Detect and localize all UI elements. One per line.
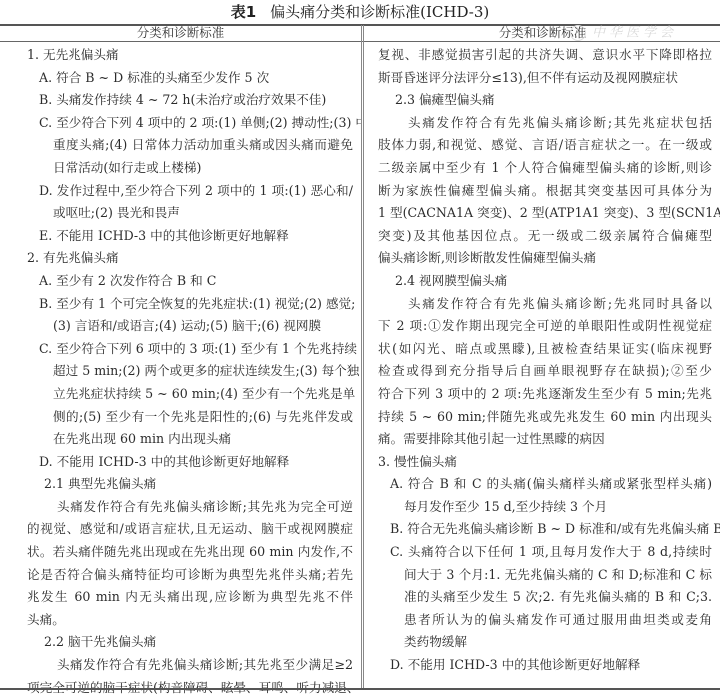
subsection-heading: 2.3 偏瘫型偏头痛 bbox=[365, 89, 720, 112]
paragraph-line: 论是否符合偏头痛特征均可诊断为典型先兆伴头痛;若先 bbox=[0, 564, 361, 587]
table-title: 偏头痛分类和诊断标准(ICHD-3) bbox=[270, 3, 489, 21]
criterion-continuation: 患者所认为的偏头痛发作可通过服用曲坦类或麦角 bbox=[365, 609, 720, 632]
watermark-text: 中华医学会 bbox=[592, 26, 677, 41]
criterion-item: B. 至少有 1 个可完全恢复的先兆症状:(1) 视觉;(2) 感觉; bbox=[0, 293, 361, 316]
table-caption: 表1偏头痛分类和诊断标准(ICHD-3) bbox=[0, 2, 720, 22]
paragraph-line: 符合下列 3 项中的 2 项:先兆逐渐发生至少有 5 min;先兆 bbox=[365, 383, 720, 406]
paragraph-line: 项完全可逆的脑干症状(构音障碍、眩晕、耳鸣、听力减退、 bbox=[0, 677, 361, 695]
criterion-item: C. 至少符合下列 4 项中的 2 项:(1) 单侧;(2) 搏动性;(3) 中 bbox=[0, 112, 361, 135]
criterion-item: D. 发作过程中,至少符合下列 2 项中的 1 项:(1) 恶心和/ bbox=[0, 180, 361, 203]
subsection-heading: 2.1 典型先兆偏头痛 bbox=[0, 473, 361, 496]
criterion-continuation: 间大于 3 个月:1. 无先兆偏头痛的 C 和 D;标准和 C 标 bbox=[365, 564, 720, 587]
criterion-continuation: 或呕吐;(2) 畏光和畏声 bbox=[0, 202, 361, 225]
criterion-continuation: 日常活动(如行走或上楼梯) bbox=[0, 157, 361, 180]
criterion-item: A. 至少有 2 次发作符合 B 和 C bbox=[0, 270, 361, 293]
paragraph-line: 头痛发作符合有先兆偏头痛诊断;其先兆症状包括 bbox=[365, 112, 720, 135]
paragraph-line: 下 2 项:①发作期出现完全可逆的单眼阳性或阴性视觉症 bbox=[365, 315, 720, 338]
criterion-continuation: 重度头痛;(4) 日常体力活动加重头痛或因头痛而避免 bbox=[0, 134, 361, 157]
paragraph-line: 断为家族性偏瘫型偏头痛。根据其突变基因可具体分为 bbox=[365, 180, 720, 203]
subsection-heading: 2.4 视网膜型偏头痛 bbox=[365, 270, 720, 293]
paragraph-line: 二级亲属中至少有 1 个人符合偏瘫型偏头痛的诊断,则诊 bbox=[365, 157, 720, 180]
paragraph-line: 持续 5 ~ 60 min;伴随先兆或先兆发生 60 min 内出现头 bbox=[365, 406, 720, 429]
paragraph-line: 斯哥昏迷评分法评分≤13),但不伴有运动及视网膜症状 bbox=[365, 67, 720, 90]
paragraph-line: 偏头痛诊断,则诊断散发性偏瘫型偏头痛 bbox=[365, 247, 720, 270]
seal-icon bbox=[570, 25, 586, 41]
paragraph-line: 头痛发作符合有先兆偏头痛诊断;先兆同时具备以 bbox=[365, 293, 720, 316]
paragraph-line: 头痛发作符合有先兆偏头痛诊断;其先兆至少满足≥2 bbox=[0, 654, 361, 677]
paragraph-line: 肢体力弱,和视觉、感觉、言语/语言症状之一。在一级或 bbox=[365, 134, 720, 157]
criterion-item: B. 符合无先兆偏头痛诊断 B ~ D 标准和/或有先兆偏头痛 B bbox=[365, 518, 720, 541]
criterion-continuation: 每月发作至少 15 d,至少持续 3 个月 bbox=[365, 496, 720, 519]
paragraph-line: 的视觉、感觉和/或语言症状,且无运动、脑干或视网膜症 bbox=[0, 518, 361, 541]
left-column: 1. 无先兆偏头痛A. 符合 B ~ D 标准的头痛至少发作 5 次B. 头痛发… bbox=[0, 44, 361, 695]
paragraph-line: 复视、非感觉损害引起的共济失调、意识水平下降即格拉 bbox=[365, 44, 720, 67]
criterion-continuation: 在先兆出现 60 min 内出现头痛 bbox=[0, 428, 361, 451]
paragraph-line: 突变)及其他基因位点。无一级或二级亲属符合偏瘫型 bbox=[365, 225, 720, 248]
watermark: 中华医学会 bbox=[570, 25, 677, 41]
paragraph-line: 头痛发作符合有先兆偏头痛诊断;其先兆为完全可逆 bbox=[0, 496, 361, 519]
paragraph-line: 头痛。 bbox=[0, 609, 361, 632]
header-rule bbox=[0, 41, 720, 42]
subsection-heading: 2.2 脑干先兆偏头痛 bbox=[0, 631, 361, 654]
paragraph-line: 1 型(CACNA1A 突变)、2 型(ATP1A1 突变)、3 型(SCN1A bbox=[365, 202, 720, 225]
criterion-item: B. 头痛发作持续 4 ~ 72 h(未治疗或治疗效果不佳) bbox=[0, 89, 361, 112]
criterion-item: A. 符合 B 和 C 的头痛(偏头痛样头痛或紧张型样头痛) bbox=[365, 473, 720, 496]
criterion-continuation: (3) 言语和/或语言;(4) 运动;(5) 脑干;(6) 视网膜 bbox=[0, 315, 361, 338]
paragraph-line: 兆发生 60 min 内无头痛出现,应诊断为典型先兆不伴 bbox=[0, 586, 361, 609]
criterion-item: C. 头痛符合以下任何 1 项,且每月发作大于 8 d,持续时 bbox=[365, 541, 720, 564]
right-column: 复视、非感觉损害引起的共济失调、意识水平下降即格拉斯哥昏迷评分法评分≤13),但… bbox=[365, 44, 720, 677]
criterion-item: A. 符合 B ~ D 标准的头痛至少发作 5 次 bbox=[0, 67, 361, 90]
paragraph-line: 检查或得到充分指导后自画单眼视野存在缺损);②至少 bbox=[365, 360, 720, 383]
section-heading: 2. 有先兆偏头痛 bbox=[0, 247, 361, 270]
criterion-continuation: 侧的;(5) 至少有一个先兆是阳性的;(6) 与先兆伴发或 bbox=[0, 406, 361, 429]
paragraph-line: 状。若头痛伴随先兆出现或在先兆出现 60 min 内发作,不 bbox=[0, 541, 361, 564]
section-heading: 3. 慢性偏头痛 bbox=[365, 451, 720, 474]
criterion-continuation: 类药物缓解 bbox=[365, 631, 720, 654]
criterion-item: D. 不能用 ICHD-3 中的其他诊断更好地解释 bbox=[365, 654, 720, 677]
criterion-item: E. 不能用 ICHD-3 中的其他诊断更好地解释 bbox=[0, 225, 361, 248]
criterion-continuation: 立先兆症状持续 5 ~ 60 min;(4) 至少有一个先兆是单 bbox=[0, 383, 361, 406]
paragraph-line: 痛。需要排除其他引起一过性黑矇的病因 bbox=[365, 428, 720, 451]
paragraph-line: 状(如闪光、暗点或黑矇),且被检查结果证实(临床视野 bbox=[365, 338, 720, 361]
column-header-left: 分类和诊断标准 bbox=[0, 25, 361, 41]
criterion-continuation: 超过 5 min;(2) 两个或更多的症状连续发生;(3) 每个独 bbox=[0, 360, 361, 383]
criterion-item: C. 至少符合下列 6 项中的 3 项:(1) 至少有 1 个先兆持续 bbox=[0, 338, 361, 361]
column-divider bbox=[361, 25, 364, 689]
section-heading: 1. 无先兆偏头痛 bbox=[0, 44, 361, 67]
criterion-continuation: 准的头痛至少发生 5 次;2. 有先兆偏头痛的 B 和 C;3. bbox=[365, 586, 720, 609]
table-number: 表1 bbox=[231, 3, 256, 21]
bottom-rule bbox=[0, 688, 720, 690]
criterion-item: D. 不能用 ICHD-3 中的其他诊断更好地解释 bbox=[0, 451, 361, 474]
